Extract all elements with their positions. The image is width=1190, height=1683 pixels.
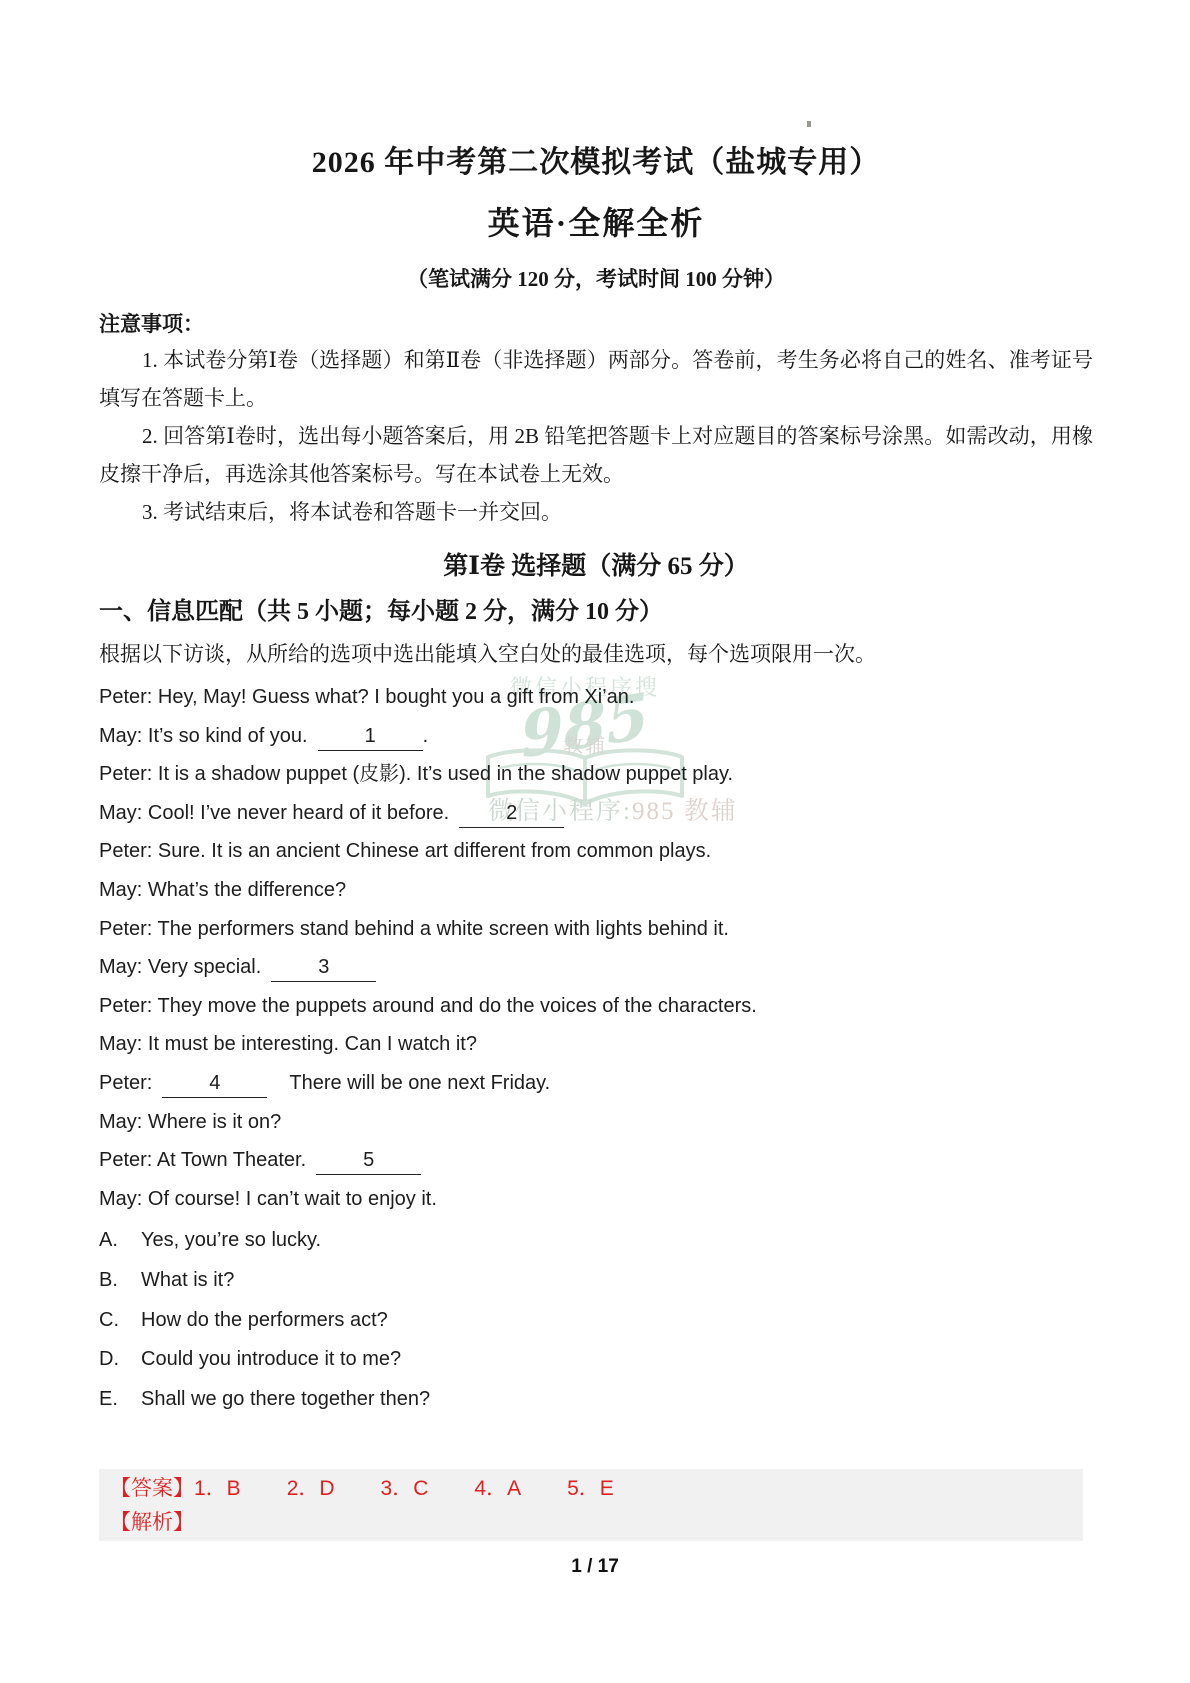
option-d-letter: D. [99, 1340, 141, 1380]
option-c-text: How do the performers act? [141, 1309, 388, 1331]
notice-heading: 注意事项： [99, 309, 1093, 339]
dialogue-text: Peter: It is a shadow puppet (皮影). It’s … [99, 763, 733, 785]
option-a-letter: A. [99, 1221, 141, 1261]
option-a-text: Yes, you’re so lucky. [141, 1229, 321, 1251]
dialogue-text: May: Cool! I’ve never heard of it before… [99, 802, 449, 824]
notice-item-1: 1. 本试卷分第Ⅰ卷（选择题）和第Ⅱ卷（非选择题）两部分。答卷前，考生务必将自己… [99, 341, 1093, 417]
part1-heading: 第Ⅰ卷 选择题（满分 65 分） [99, 550, 1093, 584]
option-b: B.What is it? [99, 1261, 1093, 1301]
blank-5: 5 [316, 1148, 421, 1175]
notice-item-3: 3. 考试结束后，将本试卷和答题卡一并交回。 [99, 493, 1093, 531]
option-c-letter: C. [99, 1301, 141, 1341]
blank-2: 2 [459, 801, 564, 828]
exam-document-page: 微信小程序搜 985 教辅 微信小程序:985 教辅 2026 年中考第二次模拟… [0, 0, 1190, 1683]
dialogue-line: Peter: The performers stand behind a whi… [99, 910, 1093, 949]
dialogue-list: Peter: Hey, May! Guess what? I bought yo… [99, 678, 1093, 1218]
section1-instruction: 根据以下访谈，从所给的选项中选出能填入空白处的最佳选项，每个选项限用一次。 [99, 640, 1093, 668]
dialogue-text: May: Of course! I can’t wait to enjoy it… [99, 1188, 437, 1210]
notice-list: 1. 本试卷分第Ⅰ卷（选择题）和第Ⅱ卷（非选择题）两部分。答卷前，考生务必将自己… [99, 341, 1093, 531]
dialogue-line: May: Of course! I can’t wait to enjoy it… [99, 1180, 1093, 1219]
answer-4: 4．A [474, 1477, 521, 1500]
option-b-text: What is it? [141, 1269, 234, 1291]
dialogue-line: May: It must be interesting. Can I watch… [99, 1025, 1093, 1064]
page-number: 1 / 17 [0, 1556, 1190, 1578]
answer-2: 2．D [287, 1477, 335, 1500]
blank-1: 1 [318, 724, 423, 751]
dialogue-text: Peter: They move the puppets around and … [99, 995, 757, 1017]
blank-3: 3 [271, 955, 376, 982]
option-a: A.Yes, you’re so lucky. [99, 1221, 1093, 1261]
dialogue-text: May: It’s so kind of you. [99, 725, 308, 747]
option-e-letter: E. [99, 1380, 141, 1420]
dialogue-line: Peter: Sure. It is an ancient Chinese ar… [99, 832, 1093, 871]
section1-heading: 一、信息匹配（共 5 小题；每小题 2 分，满分 10 分） [99, 596, 1093, 628]
answer-label: 【答案】 [110, 1477, 194, 1500]
answer-5: 5．E [567, 1477, 614, 1500]
dialogue-line: May: Where is it on? [99, 1103, 1093, 1142]
dialogue-line: Peter: At Town Theater.5 [99, 1141, 1093, 1180]
options-list: A.Yes, you’re so lucky. B.What is it? C.… [99, 1221, 1093, 1420]
answer-3: 3．C [381, 1477, 429, 1500]
exam-meta: （笔试满分 120 分，考试时间 100 分钟） [99, 264, 1093, 294]
dialogue-line: May: It’s so kind of you.1. [99, 717, 1093, 756]
analysis-line: 【解析】 [110, 1506, 1083, 1540]
exam-subject: 英语·全解全析 [99, 202, 1093, 244]
dialogue-text: Peter: [99, 1072, 152, 1094]
dialogue-text: Peter: At Town Theater. [99, 1149, 306, 1171]
dialogue-text: May: Where is it on? [99, 1111, 281, 1133]
scan-artifact-dot [807, 121, 811, 127]
dialogue-line: May: Cool! I’ve never heard of it before… [99, 794, 1093, 833]
option-e-text: Shall we go there together then? [141, 1388, 430, 1410]
dialogue-text: May: It must be interesting. Can I watch… [99, 1033, 477, 1055]
dialogue-text-after-blank: There will be one next Friday. [289, 1072, 550, 1094]
dialogue-line: Peter: Hey, May! Guess what? I bought yo… [99, 678, 1093, 717]
notice-item-2: 2. 回答第Ⅰ卷时，选出每小题答案后，用 2B 铅笔把答题卡上对应题目的答案标号… [99, 417, 1093, 493]
blank-4: 4 [162, 1071, 267, 1098]
answer-line: 【答案】1．B2．D3．C4．A5．E [110, 1472, 1083, 1506]
option-e: E.Shall we go there together then? [99, 1380, 1093, 1420]
dialogue-line: May: Very special.3 [99, 948, 1093, 987]
option-b-letter: B. [99, 1261, 141, 1301]
answer-1: 1．B [194, 1477, 241, 1500]
exam-title: 2026 年中考第二次模拟考试（盐城专用） [99, 144, 1093, 182]
dialogue-line: May: What’s the difference? [99, 871, 1093, 910]
option-d-text: Could you introduce it to me? [141, 1348, 401, 1370]
dialogue-text: May: What’s the difference? [99, 879, 346, 901]
option-c: C.How do the performers act? [99, 1301, 1093, 1341]
dialogue-line: Peter: It is a shadow puppet (皮影). It’s … [99, 755, 1093, 794]
dialogue-text: Peter: The performers stand behind a whi… [99, 918, 729, 940]
analysis-label: 【解析】 [110, 1511, 194, 1534]
dialogue-text: Peter: Hey, May! Guess what? I bought yo… [99, 686, 634, 708]
dialogue-line: Peter:4There will be one next Friday. [99, 1064, 1093, 1103]
dialogue-line: Peter: They move the puppets around and … [99, 987, 1093, 1026]
option-d: D.Could you introduce it to me? [99, 1340, 1093, 1380]
dialogue-text: May: Very special. [99, 956, 261, 978]
dialogue-text: Peter: Sure. It is an ancient Chinese ar… [99, 840, 711, 862]
dialogue-text-after-blank: . [423, 725, 429, 747]
answer-box: 【答案】1．B2．D3．C4．A5．E 【解析】 [99, 1469, 1083, 1541]
